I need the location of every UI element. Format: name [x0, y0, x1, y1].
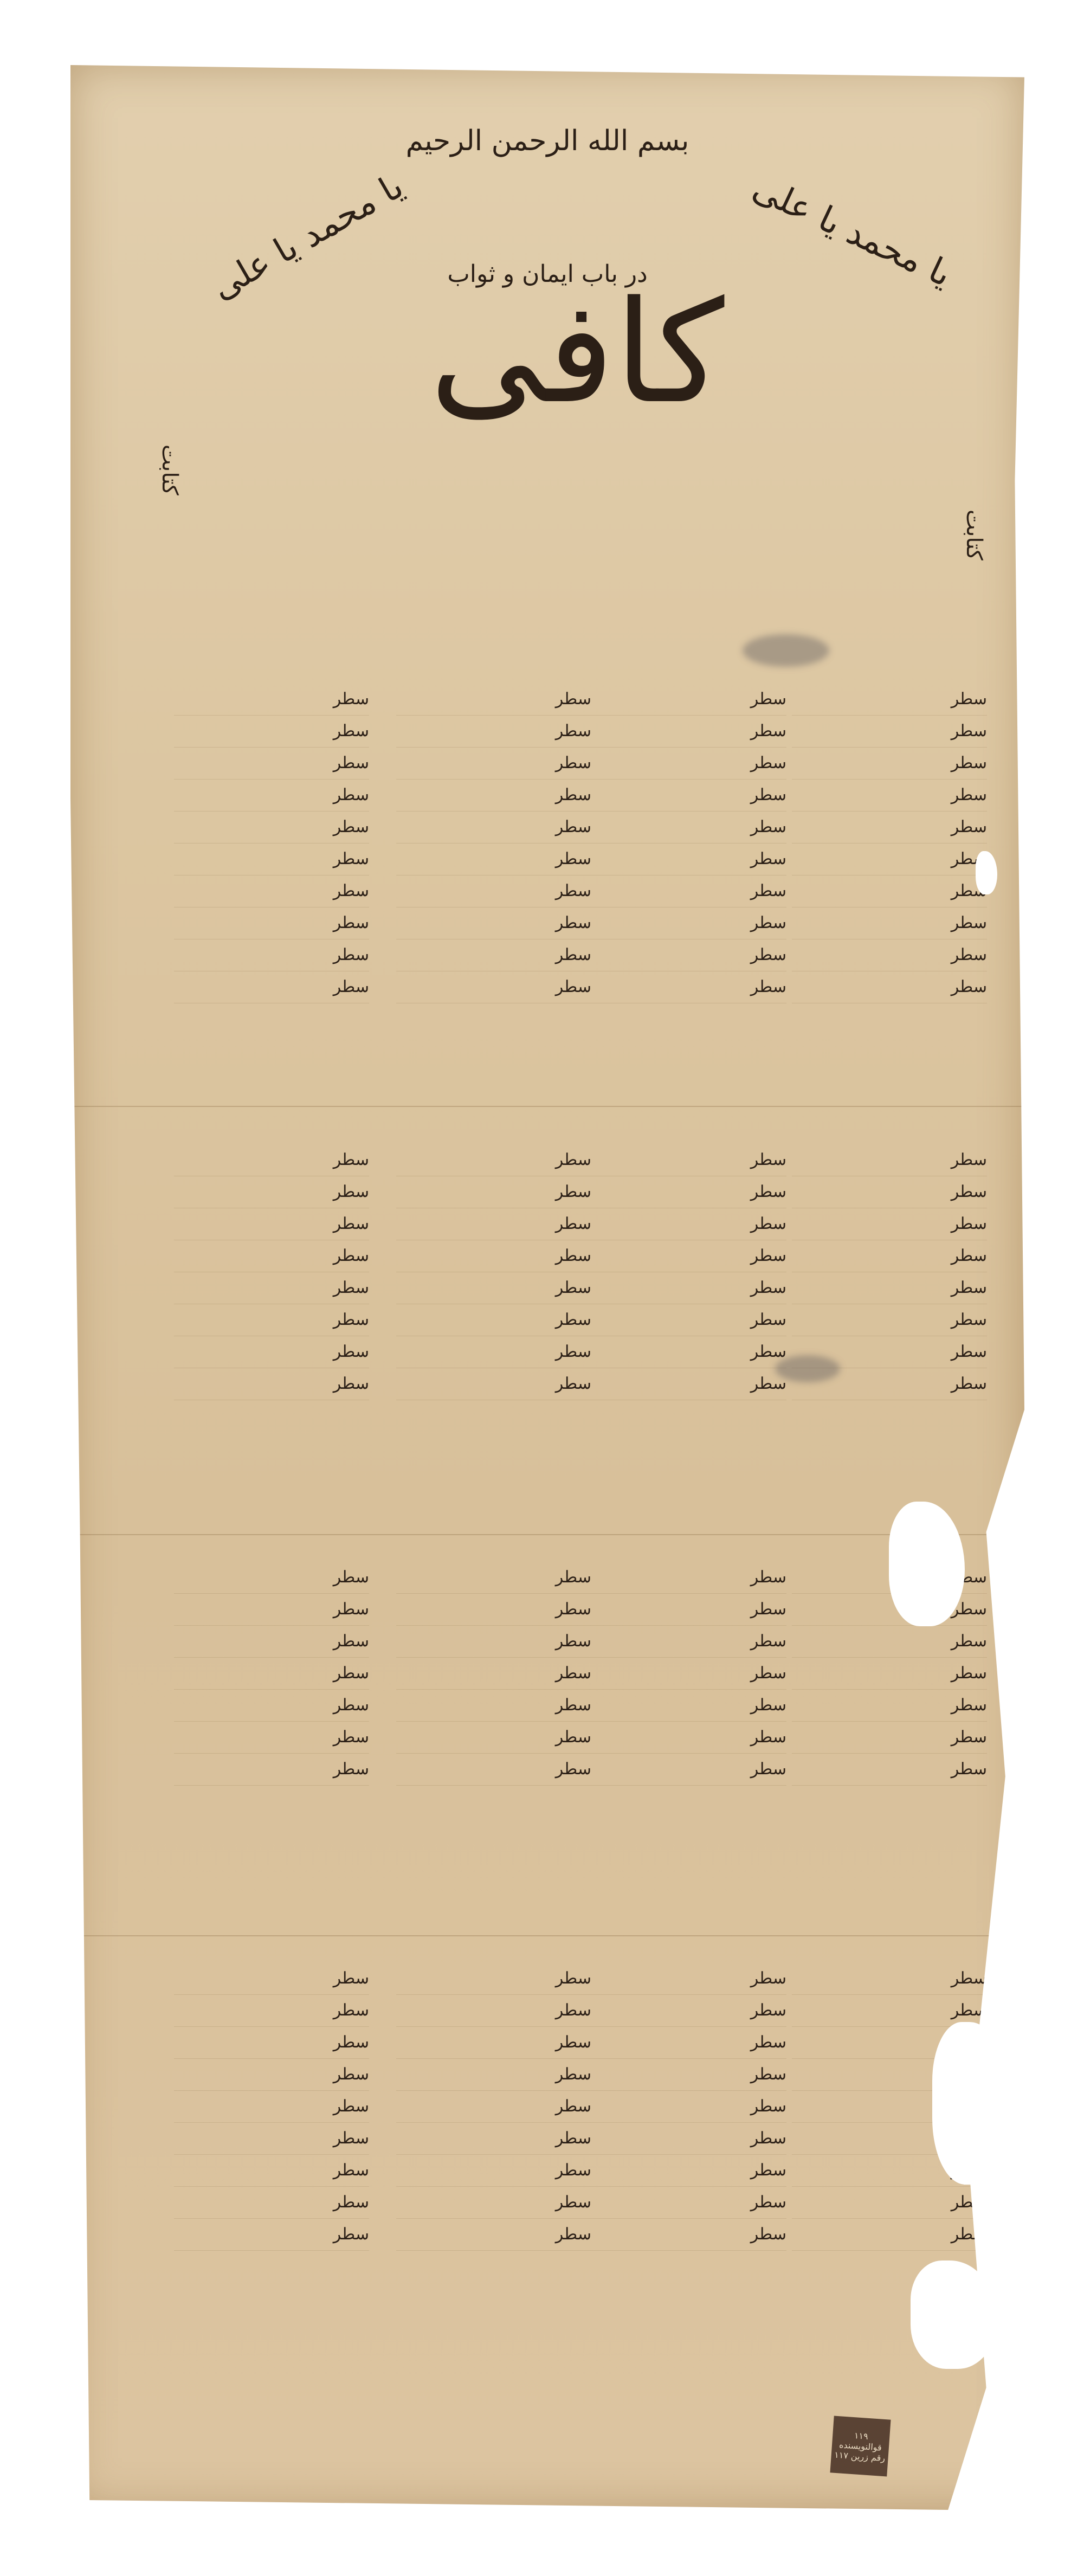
text-line: سطر [792, 780, 987, 812]
text-line: سطر [174, 684, 369, 716]
text-line: سطر [591, 1594, 786, 1626]
text-line: سطر [174, 2187, 369, 2219]
text-line: سطر [396, 1368, 591, 1400]
text-line: سطر [174, 1754, 369, 1786]
text-line: سطر [591, 1626, 786, 1658]
corner-invocation-right: یا محمد یا علی [747, 168, 958, 295]
text-line: سطر [396, 1754, 591, 1786]
text-line: سطر [792, 907, 987, 939]
text-line: سطر [174, 1304, 369, 1336]
text-line: سطر [792, 684, 987, 716]
text-line: سطر [591, 2187, 786, 2219]
text-line: سطر [396, 1690, 591, 1722]
paper-tear [932, 2022, 1014, 2185]
text-line: سطر [396, 843, 591, 875]
text-line: سطر [591, 971, 786, 1003]
text-line: سطر [792, 1304, 987, 1336]
text-line: سطر [174, 1995, 369, 2027]
text-line: سطر [792, 1963, 987, 1995]
text-line: سطر [591, 2219, 786, 2251]
text-line: سطر [792, 2219, 987, 2251]
text-line: سطر [792, 1722, 987, 1754]
text-line: سطر [396, 1963, 591, 1995]
text-line: سطر [396, 971, 591, 1003]
text-line: سطر [591, 875, 786, 907]
text-line: سطر [591, 1690, 786, 1722]
text-line: سطر [591, 1336, 786, 1368]
text-line: سطر [591, 907, 786, 939]
text-column: سطرسطرسطرسطرسطرسطرسطرسطر [396, 1144, 592, 1401]
text-line: سطر [174, 2123, 369, 2155]
text-column: سطرسطرسطرسطرسطرسطرسطرسطر [173, 1144, 370, 1401]
text-line: سطر [591, 2123, 786, 2155]
text-line: سطر [792, 812, 987, 843]
text-line: سطر [174, 2091, 369, 2123]
text-line: سطر [396, 780, 591, 812]
text-line: سطر [396, 2187, 591, 2219]
text-line: سطر [396, 907, 591, 939]
text-line: سطر [174, 1562, 369, 1594]
text-line: سطر [396, 2027, 591, 2059]
text-line: سطر [591, 748, 786, 780]
text-line: سطر [591, 1963, 786, 1995]
text-column: سطرسطرسطرسطرسطرسطرسطرسطرسطر [396, 1962, 592, 2251]
text-line: سطر [396, 1336, 591, 1368]
fold-line [70, 1935, 1024, 1936]
side-text-right: کتابت [962, 510, 986, 561]
text-line: سطر [396, 1240, 591, 1272]
text-line: سطر [792, 716, 987, 748]
ink-stain [743, 634, 829, 667]
text-line: سطر [792, 1176, 987, 1208]
text-line: سطر [591, 1208, 786, 1240]
text-line: سطر [396, 684, 591, 716]
text-line: سطر [591, 716, 786, 748]
text-column: سطرسطرسطرسطرسطرسطرسطرسطرسطرسطر [791, 683, 988, 1004]
text-line: سطر [396, 1594, 591, 1626]
text-line: سطر [396, 1722, 591, 1754]
text-line: سطر [396, 1304, 591, 1336]
corner-invocation-left: یا محمد یا علی [205, 166, 410, 307]
text-line: سطر [396, 1208, 591, 1240]
text-line: سطر [396, 748, 591, 780]
text-line: سطر [174, 1176, 369, 1208]
text-column: سطرسطرسطرسطرسطرسطرسطر [173, 1561, 370, 1786]
text-line: سطر [792, 939, 987, 971]
text-line: سطر [591, 939, 786, 971]
text-line: سطر [792, 1690, 987, 1722]
invocation-heading: بسم الله الرحمن الرحیم [406, 125, 689, 157]
text-line: سطر [792, 1658, 987, 1690]
text-line: سطر [591, 843, 786, 875]
text-line: سطر [396, 2155, 591, 2187]
text-line: سطر [174, 1272, 369, 1304]
paper-tear [911, 2261, 997, 2369]
text-column: سطرسطرسطرسطرسطرسطرسطر [396, 1561, 592, 1786]
text-line: سطر [174, 1626, 369, 1658]
text-line: سطر [174, 2155, 369, 2187]
ink-stain [775, 1355, 840, 1382]
text-line: سطر [174, 1594, 369, 1626]
text-line: سطر [174, 2059, 369, 2091]
text-line: سطر [396, 2059, 591, 2091]
text-line: سطر [591, 1272, 786, 1304]
text-line: سطر [396, 1995, 591, 2027]
text-line: سطر [396, 875, 591, 907]
text-line: سطر [174, 2027, 369, 2059]
text-line: سطر [174, 939, 369, 971]
manuscript-sheet: بسم الله الرحمن الرحیم یا محمد یا علی یا… [70, 65, 1024, 2510]
text-line: سطر [591, 1368, 786, 1400]
text-line: سطر [396, 716, 591, 748]
text-line: سطر [792, 1272, 987, 1304]
text-line: سطر [174, 1722, 369, 1754]
text-line: سطر [591, 2027, 786, 2059]
text-line: سطر [174, 1336, 369, 1368]
text-line: سطر [174, 716, 369, 748]
text-line: سطر [792, 2187, 987, 2219]
seal-line: ۱۱۹ [854, 2430, 868, 2442]
text-line: سطر [174, 1690, 369, 1722]
text-line: سطر [396, 2091, 591, 2123]
text-line: سطر [591, 1754, 786, 1786]
text-line: سطر [591, 1304, 786, 1336]
text-line: سطر [396, 1626, 591, 1658]
text-line: سطر [792, 1626, 987, 1658]
text-line: سطر [591, 2059, 786, 2091]
text-line: سطر [174, 1963, 369, 1995]
side-text-left: کتابت [157, 445, 182, 495]
text-line: سطر [591, 1722, 786, 1754]
text-line: سطر [591, 1144, 786, 1176]
text-column: سطرسطرسطرسطرسطرسطرسطرسطر [591, 1144, 787, 1401]
calligrapher-seal: ۱۱۹ قوالنویسنده رقم زرین ۱۱۷ [830, 2416, 891, 2476]
text-line: سطر [396, 2123, 591, 2155]
text-line: سطر [174, 907, 369, 939]
text-line: سطر [174, 780, 369, 812]
text-line: سطر [591, 684, 786, 716]
text-line: سطر [396, 1176, 591, 1208]
text-line: سطر [174, 843, 369, 875]
text-line: سطر [174, 1144, 369, 1176]
text-line: سطر [591, 1240, 786, 1272]
text-column: سطرسطرسطرسطرسطرسطرسطرسطرسطرسطر [173, 683, 370, 1004]
text-line: سطر [174, 748, 369, 780]
text-line: سطر [174, 2219, 369, 2251]
text-line: سطر [174, 812, 369, 843]
fold-line [70, 1106, 1024, 1107]
text-line: سطر [792, 1240, 987, 1272]
text-line: سطر [396, 1144, 591, 1176]
text-line: سطر [396, 1658, 591, 1690]
main-title: کافی [429, 271, 724, 435]
text-line: سطر [396, 812, 591, 843]
text-line: سطر [396, 2219, 591, 2251]
text-column: سطرسطرسطرسطرسطرسطرسطرسطرسطر [173, 1962, 370, 2251]
text-line: سطر [591, 780, 786, 812]
fold-line [70, 1534, 1024, 1535]
text-line: سطر [792, 748, 987, 780]
text-line: سطر [591, 1658, 786, 1690]
text-column: سطرسطرسطرسطرسطرسطرسطرسطرسطرسطر [396, 683, 592, 1004]
text-line: سطر [792, 1754, 987, 1786]
text-line: سطر [174, 1658, 369, 1690]
text-line: سطر [396, 1562, 591, 1594]
text-line: سطر [792, 971, 987, 1003]
text-line: سطر [591, 1176, 786, 1208]
text-column: سطرسطرسطرسطرسطرسطرسطر [591, 1561, 787, 1786]
text-line: سطر [591, 2091, 786, 2123]
text-line: سطر [792, 843, 987, 875]
text-line: سطر [174, 1208, 369, 1240]
text-line: سطر [174, 875, 369, 907]
text-line: سطر [591, 812, 786, 843]
text-column: سطرسطرسطرسطرسطرسطرسطرسطرسطرسطر [591, 683, 787, 1004]
text-line: سطر [591, 2155, 786, 2187]
text-line: سطر [396, 1272, 591, 1304]
text-line: سطر [792, 1208, 987, 1240]
text-line: سطر [174, 1368, 369, 1400]
text-line: سطر [591, 1995, 786, 2027]
text-line: سطر [792, 1144, 987, 1176]
text-line: سطر [792, 875, 987, 907]
text-line: سطر [174, 1240, 369, 1272]
text-line: سطر [174, 971, 369, 1003]
text-line: سطر [396, 939, 591, 971]
text-column: سطرسطرسطرسطرسطرسطرسطرسطرسطر [591, 1962, 787, 2251]
text-line: سطر [591, 1562, 786, 1594]
